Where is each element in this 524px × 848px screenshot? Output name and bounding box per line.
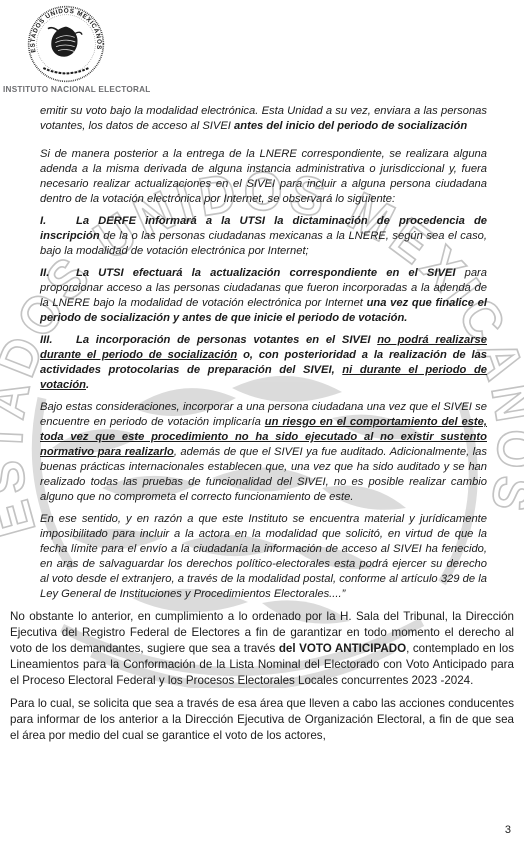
quote-paragraph: Bajo estas consideraciones, incorporar a… (40, 400, 487, 505)
list-marker: III. (40, 333, 76, 348)
document-page: ESTADOS UNIDOS MEXICANOS (0, 0, 524, 848)
text-run: La UTSI efectuará la actualización corre… (76, 267, 455, 279)
quote-list-item: III.La incorporación de personas votante… (40, 333, 487, 393)
laurel-branches (43, 68, 88, 73)
quote-paragraph: Si de manera posterior a la entrega de l… (40, 147, 487, 207)
body-paragraph: Para lo cual, se solicita que sea a trav… (10, 696, 514, 744)
list-marker: I. (40, 214, 76, 229)
text-run: antes del inicio del periodo de socializ… (234, 120, 467, 132)
quote-list-item: I.La DERFE informará a la UTSI la dictam… (40, 214, 487, 259)
list-marker: II. (40, 266, 76, 281)
text-run: de la o las personas ciudadanas mexicana… (40, 230, 487, 257)
text-run: En ese sentido, y en razón a que este In… (40, 513, 487, 600)
text-run: Si de manera posterior a la entrega de l… (40, 148, 487, 205)
text-run: Para lo cual, se solicita que sea a trav… (10, 697, 514, 742)
page-number: 3 (505, 824, 511, 836)
ine-seal-logo: ESTADOS UNIDOS MEXICANOS (26, 4, 106, 84)
text-run: del VOTO ANTICIPADO (279, 642, 406, 655)
quote-list-item: II.La UTSI efectuará la actualización co… (40, 266, 487, 326)
text-run: La incorporación de personas votantes en… (76, 334, 377, 346)
text-run: . (86, 379, 89, 391)
body-paragraph: No obstante lo anterior, en cumplimiento… (10, 609, 514, 689)
quote-paragraph: En ese sentido, y en razón a que este In… (40, 512, 487, 602)
document-body: emitir su voto bajo la modalidad electró… (0, 104, 524, 750)
quoted-transcript: emitir su voto bajo la modalidad electró… (40, 104, 487, 602)
quote-paragraph: emitir su voto bajo la modalidad electró… (40, 104, 487, 134)
eagle-emblem (48, 27, 82, 57)
institution-name: INSTITUTO NACIONAL ELECTORAL (3, 85, 151, 94)
